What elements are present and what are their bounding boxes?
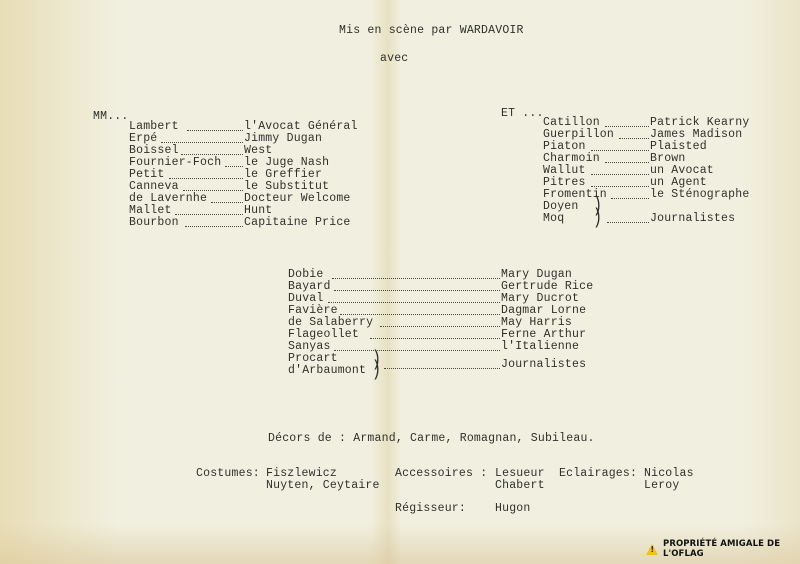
regisseur-label: Régisseur: bbox=[395, 503, 466, 515]
accessoires-label: Accessoires : bbox=[395, 468, 487, 480]
brace-icon: ) bbox=[372, 363, 381, 380]
regisseur-name: Hugon bbox=[495, 503, 531, 515]
accessoires-name: Chabert bbox=[495, 480, 545, 492]
costumes-name: Nuyten, Ceytaire bbox=[266, 480, 380, 492]
role-name: Journalistes bbox=[650, 213, 735, 225]
role-name: Capitaine Price bbox=[244, 217, 351, 229]
brace-icon: ) bbox=[593, 211, 602, 228]
direction-credit: Mis en scène par WARDAVOIR bbox=[339, 25, 524, 37]
warning-icon bbox=[646, 544, 658, 555]
decors-credit: Décors de : Armand, Carme, Romagnan, Sub… bbox=[268, 433, 595, 445]
actor-name: Moq bbox=[543, 213, 564, 225]
cast-left-prefix: MM... bbox=[93, 111, 129, 123]
role-name: le Sténographe bbox=[650, 189, 749, 201]
actor-name: d'Arbaumont bbox=[288, 365, 366, 377]
role-name: Journalistes bbox=[501, 359, 586, 371]
watermark: PROPRIÉTÉ AMIGALE DE L'OFLAG bbox=[646, 541, 800, 557]
role-name: l'Italienne bbox=[501, 341, 579, 353]
actor-name: Bourbon bbox=[129, 217, 179, 229]
costumes-label: Costumes: bbox=[196, 468, 260, 480]
avec-label: avec bbox=[380, 53, 408, 65]
watermark-text: PROPRIÉTÉ AMIGALE DE L'OFLAG bbox=[663, 539, 800, 559]
eclairages-name: Leroy bbox=[644, 480, 680, 492]
eclairages-label: Eclairages: bbox=[559, 468, 637, 480]
cast-right-prefix: ET ... bbox=[501, 108, 544, 120]
